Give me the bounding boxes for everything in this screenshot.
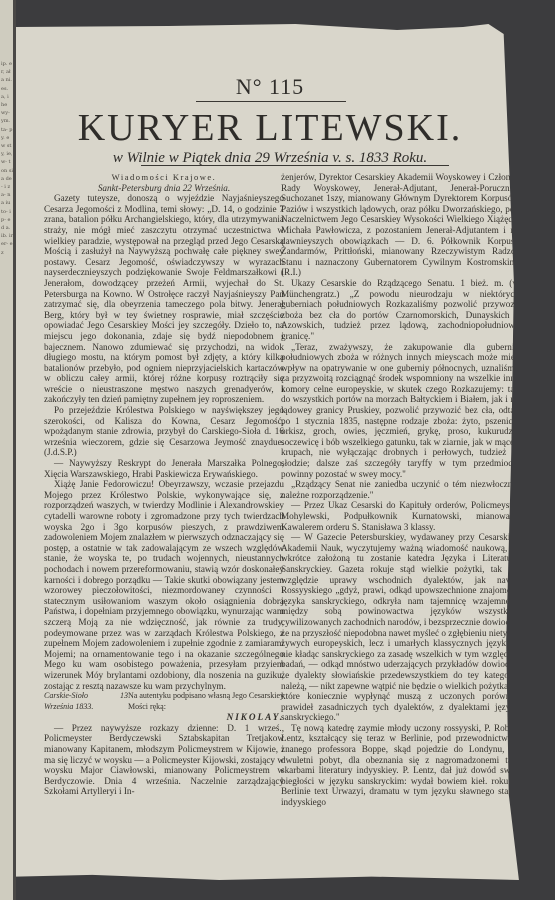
masthead-divider — [141, 165, 449, 166]
newspaper-page: N° 115 KURYER LITEWSKI. w Wilnie w Piąte… — [16, 24, 524, 880]
article-paragraph: — Przez Ukaz Cesarski do Kapituły orderó… — [281, 500, 519, 532]
newspaper-title: KURYER LITEWSKI. — [16, 106, 524, 150]
article-paragraph: żenjerów, Dyrektor Cesarskiey Akademii W… — [281, 172, 519, 278]
section-heading: Wiadomości Krajowe. — [44, 172, 284, 183]
signature-name: NIKOLAY. — [227, 712, 284, 722]
article-paragraph: Tę nową katedrę zaymie młody uczony ross… — [281, 723, 519, 808]
issue-number: N° 115 — [16, 74, 524, 100]
article-paragraph: — Naywyższy Reskrypt do Jenerała Marszał… — [44, 458, 284, 479]
left-column: Wiadomości Krajowe. Sankt-Petersburg dni… — [44, 172, 284, 797]
issue-divider — [196, 101, 346, 102]
article-paragraph: Gazety tuteysze, donoszą o wyjeździe Nay… — [44, 193, 284, 405]
rescript-signature: Carskie-Sioło 13 Września 1833. Na auten… — [44, 691, 284, 712]
article-paragraph: Ukazy Cesarskie do Rządzącego Senatu. 1 … — [281, 278, 519, 342]
signature-place-date: Carskie-Sioło 13 Września 1833. — [44, 691, 128, 712]
article-paragraph: Xiążę Janie Fedorowiczu! Obeyrzawszy, wc… — [44, 479, 284, 691]
adjacent-page-edge: ip. er, ała ni. es. a, i he wy- ym. ta- … — [0, 0, 14, 900]
adjacent-page-text: ip. er, ała ni. es. a, i he wy- ym. ta- … — [1, 60, 13, 820]
article-paragraph: Po przejeździe Królestwa Polskiego w nay… — [44, 405, 284, 458]
article-paragraph: — Przez naywyższe rozkazy dzienne: D. 1 … — [44, 723, 284, 797]
article-paragraph: — W Gazecie Petersburskiey, wydawaney pr… — [281, 532, 519, 723]
article-paragraph: „Rządzący Senat nie zaniedba uczynić o t… — [281, 479, 519, 500]
dateline: Sankt-Petersburg dnia 22 Września. — [44, 183, 284, 194]
signature-attestation: Na autentyku podpisano własną Jego Cesar… — [128, 691, 284, 712]
right-column: żenjerów, Dyrektor Cesarskiey Akademii W… — [281, 172, 519, 808]
article-paragraph: „Teraz, zważywszy, że zakupowanie dla gu… — [281, 342, 519, 480]
page-gutter — [13, 0, 16, 900]
signature-name-line: NIKOLAY. — [44, 712, 284, 723]
